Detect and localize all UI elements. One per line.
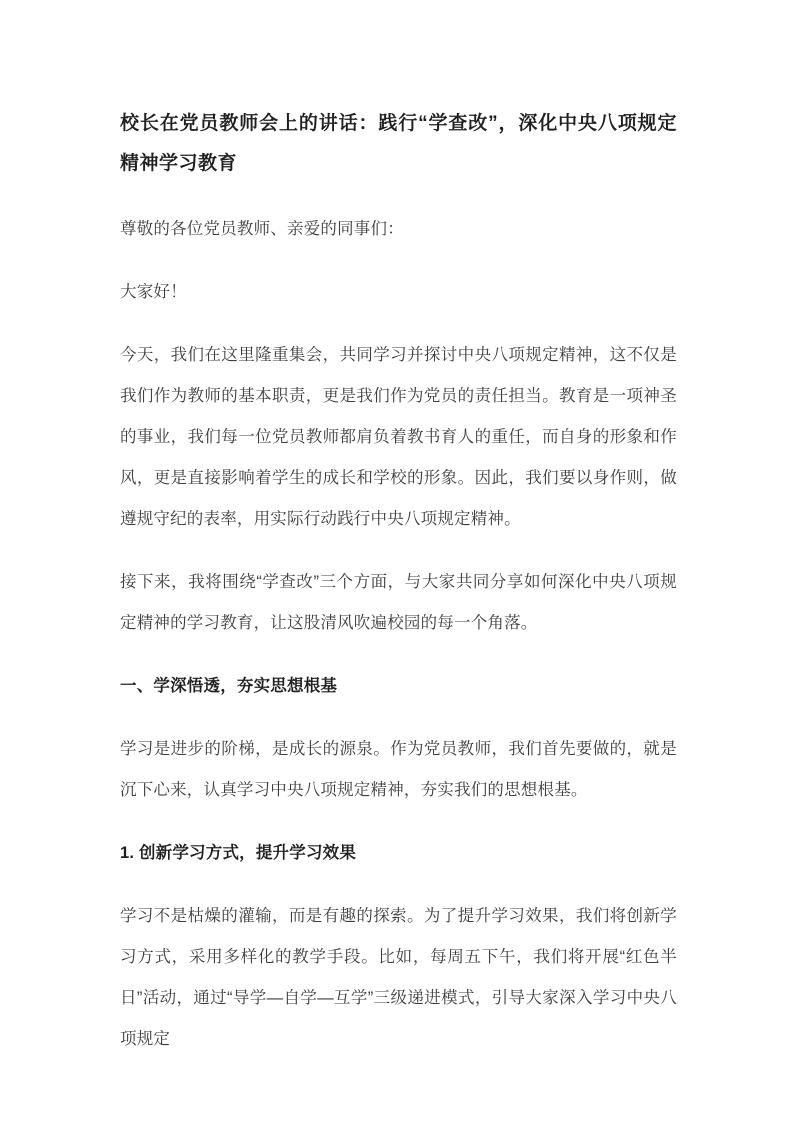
subsection-heading-1-1: 1. 创新学习方式，提升学习效果	[120, 833, 677, 874]
paragraph-subsection1-1-truncated: 学习不是枯燥的灌输，而是有趣的探索。为了提升学习效果，我们将创新学习方式，采用多…	[120, 896, 677, 1060]
paragraph-greeting: 尊敬的各位党员教师、亲爱的同事们：	[120, 209, 677, 250]
document-page: 校长在党员教师会上的讲话：践行“学查改”，深化中央八项规定精神学习教育 尊敬的各…	[0, 0, 793, 1122]
paragraph-salute: 大家好！	[120, 272, 677, 313]
paragraph-opening: 今天，我们在这里隆重集会，共同学习并探讨中央八项规定精神，这不仅是我们作为教师的…	[120, 335, 677, 540]
paragraph-overview: 接下来，我将围绕“学查改”三个方面，与大家共同分享如何深化中央八项规定精神的学习…	[120, 562, 677, 644]
section-heading-1: 一、学深悟透，夯实思想根基	[120, 666, 677, 707]
document-title: 校长在党员教师会上的讲话：践行“学查改”，深化中央八项规定精神学习教育	[120, 104, 677, 184]
paragraph-section1-intro: 学习是进步的阶梯，是成长的源泉。作为党员教师，我们首先要做的，就是沉下心来，认真…	[120, 729, 677, 811]
